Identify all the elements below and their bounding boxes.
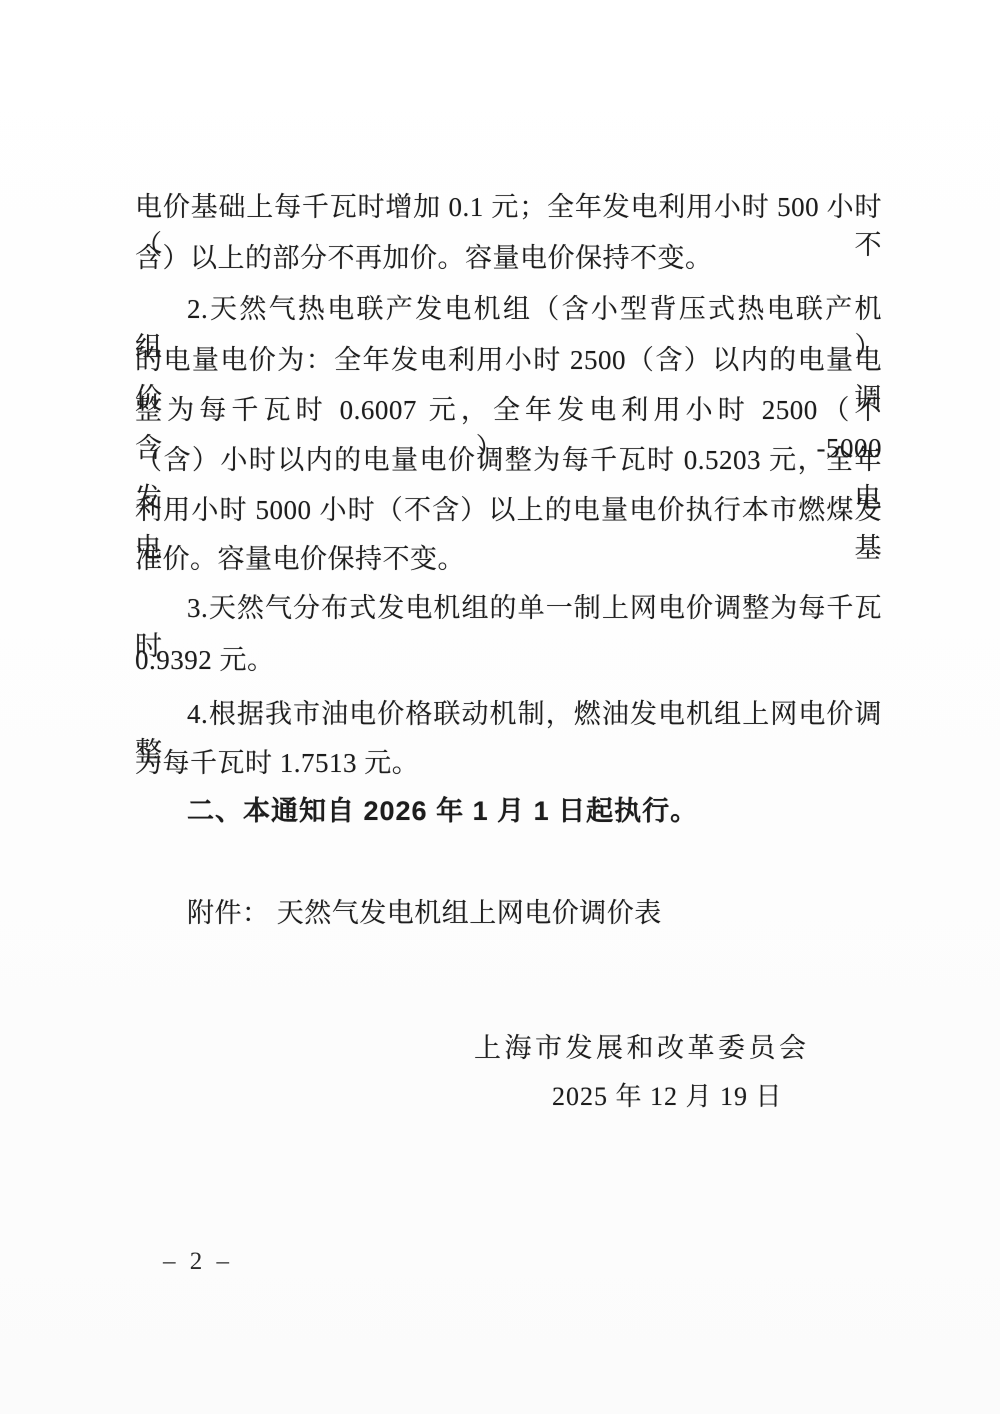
document-page: 电价基础上每千瓦时增加 0.1 元；全年发电利用小时 500 小时（不 含）以上… [0,0,1000,1414]
page-number: – 2 – [163,1248,233,1276]
signature-date: 2025 年 12 月 19 日 [552,1080,783,1114]
body-line: 0.9392 元。 [135,641,882,679]
attachment-line: 附件： 天然气发电机组上网电价调价表 [135,894,882,932]
body-line: 准价。容量电价保持不变。 [135,540,882,578]
body-line: 为每千瓦时 1.7513 元。 [135,744,882,782]
body-line: 含）以上的部分不再加价。容量电价保持不变。 [135,239,882,277]
signature-org: 上海市发展和改革委员会 [474,1031,810,1065]
effective-date-line: 二、本通知自 2026 年 1 月 1 日起执行。 [135,792,882,830]
